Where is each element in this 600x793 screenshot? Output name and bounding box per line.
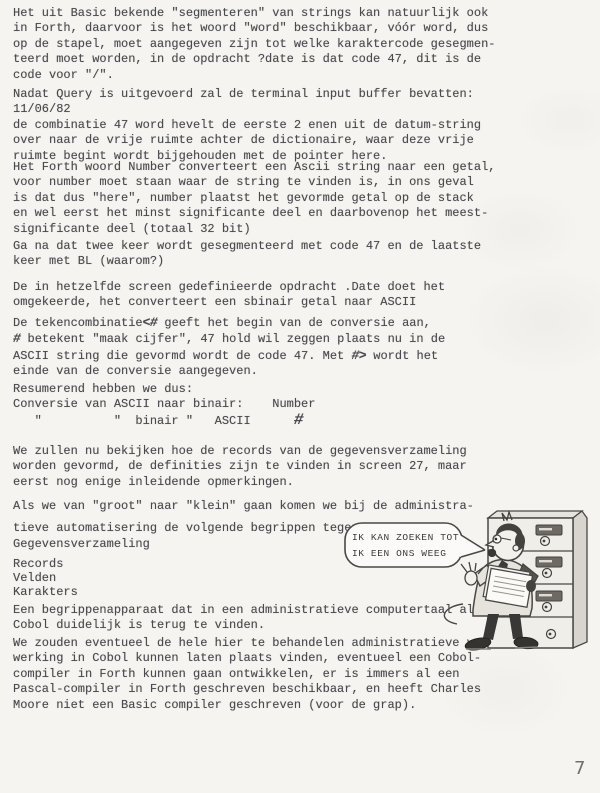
papers	[483, 565, 533, 607]
clerk-filing-cabinet-illustration: IK KAN ZOEKEN TOT IK EEN ONS WEEG	[330, 508, 600, 660]
paragraph-resumerend: Resumerend hebben we dus: Conversie van …	[13, 382, 315, 429]
paragraph-segmenteren: Het uit Basic bekende "segmenteren" van …	[13, 6, 495, 83]
open-mouth	[488, 549, 496, 557]
list-item-gegevensverzameling: Gegevensverzameling	[13, 537, 150, 552]
gripping-hand	[526, 580, 536, 592]
speech-bubble: IK KAN ZOEKEN TOT IK EEN ONS WEEG	[345, 523, 485, 567]
speech-bubble-line2: IK EEN ONS WEEG	[352, 548, 447, 559]
paragraph-records-intro: We zullen nu bekijken hoe de records van…	[13, 444, 467, 490]
speech-bubble-line1: IK KAN ZOEKEN TOT	[352, 532, 459, 543]
paragraph-tekencombinatie: De tekencombinatie<# geeft het begin van…	[13, 315, 445, 380]
paragraph-number-word: Het Forth woord Number converteert een A…	[13, 160, 495, 237]
paragraph-query-buffer: Nadat Query is uitgevoerd zal de termina…	[13, 87, 481, 164]
page-number: 7	[574, 758, 585, 779]
scanned-document-page: Het uit Basic bekende "segmenteren" van …	[0, 0, 600, 793]
motion-line	[444, 604, 463, 624]
paragraph-dot-date: De in hetzelfde screen gedefinieerde opd…	[13, 280, 445, 311]
paragraph-ga-na: Ga na dat twee keer wordt gesegmenteerd …	[13, 239, 481, 270]
list-item-karakters: Karakters	[13, 585, 78, 600]
ear	[513, 545, 519, 551]
